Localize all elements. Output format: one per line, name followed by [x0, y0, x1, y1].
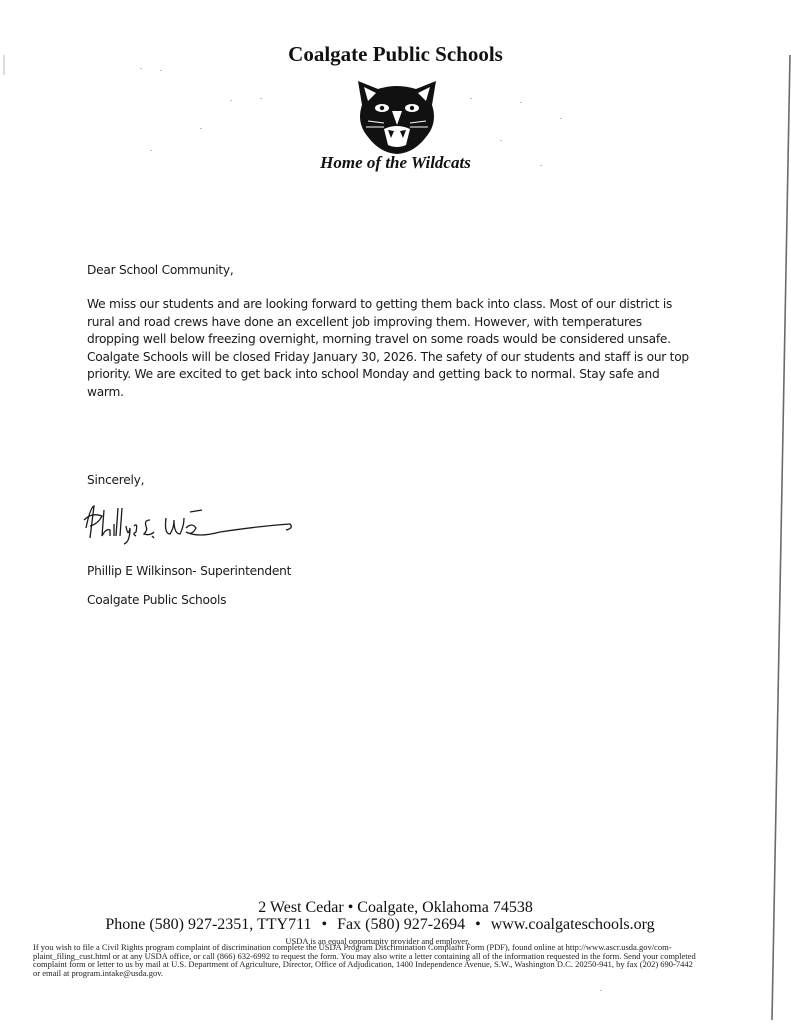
scan-speck — [160, 70, 162, 71]
paragraph-line: priority. We are excited to get back int… — [87, 366, 777, 384]
letter-page: Coalgate Public Schools Home of the Wild… — [0, 0, 791, 1024]
paragraph-line: We miss our students and are looking for… — [87, 296, 777, 314]
footer-fax: Fax (580) 927-2694 — [337, 916, 465, 933]
letterhead-tagline: Home of the Wildcats — [0, 153, 791, 173]
paragraph-line: Coalgate Schools will be closed Friday J… — [87, 349, 777, 367]
scan-speck — [260, 98, 262, 99]
wildcat-head-icon — [348, 75, 446, 155]
usda-line: or email at program.intake@usda.gov. — [33, 969, 733, 978]
usda-statement: If you wish to file a Civil Rights progr… — [33, 943, 733, 977]
footer-address: 2 West Cedar • Coalgate, Oklahoma 74538 — [0, 899, 791, 917]
paragraph-line: dropping well below freezing overnight, … — [87, 331, 777, 349]
scan-speck — [140, 68, 142, 69]
closing: Sincerely, — [87, 473, 144, 487]
letter-paragraph: We miss our students and are looking for… — [87, 296, 777, 401]
scan-speck — [540, 165, 542, 166]
signer-name: Phillip E Wilkinson- Superintendent — [87, 564, 291, 578]
handwritten-signature-icon — [80, 498, 300, 548]
footer-separator: • — [475, 916, 481, 933]
scan-speck — [150, 150, 152, 151]
scan-speck — [600, 990, 602, 991]
scan-speck — [470, 98, 472, 99]
footer-separator: • — [322, 916, 328, 933]
paragraph-line: warm. — [87, 384, 777, 402]
salutation: Dear School Community, — [87, 263, 233, 277]
footer-phone: Phone (580) 927-2351, TTY711 — [105, 916, 311, 933]
scan-speck — [560, 118, 562, 119]
scan-speck — [200, 128, 202, 129]
scan-speck — [230, 100, 232, 101]
signer-organization: Coalgate Public Schools — [87, 593, 226, 607]
footer-website: www.coalgateschools.org — [491, 916, 655, 933]
footer-contact: Phone (580) 927-2351, TTY711 • Fax (580)… — [0, 916, 760, 934]
scan-speck — [520, 102, 522, 103]
scan-speck — [500, 140, 502, 141]
paragraph-line: rural and road crews have done an excell… — [87, 314, 777, 332]
letterhead-title: Coalgate Public Schools — [0, 42, 791, 67]
